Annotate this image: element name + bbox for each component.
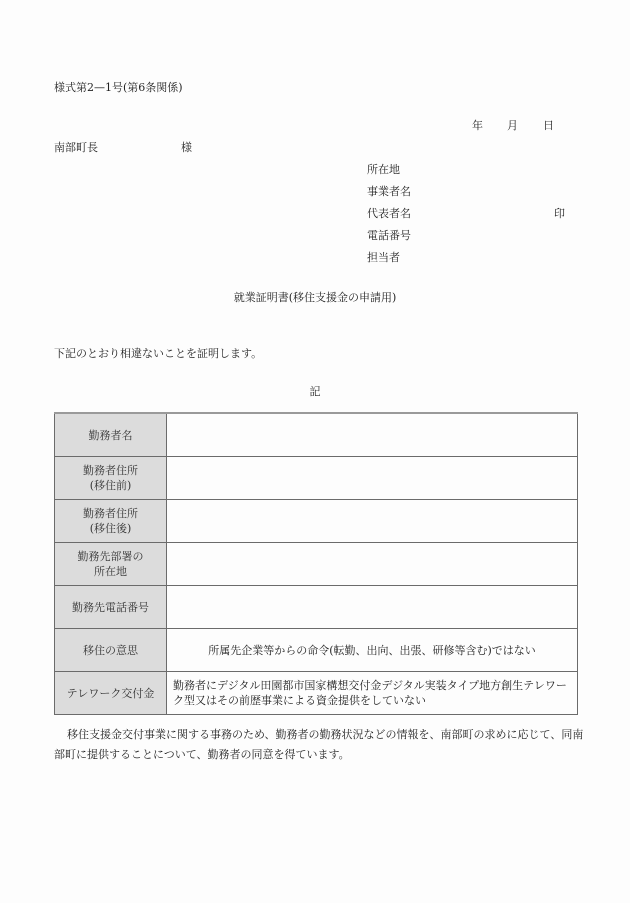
row-label-address-before: 勤務者住所(移住前) <box>55 457 167 500</box>
document-title: 就業証明書(移住支援金の申請用) <box>0 291 630 305</box>
table-row: 移住の意思 所属先企業等からの命令(転勤、出向、出張、研修等含む)ではない <box>55 629 578 672</box>
date-day: 日 <box>543 119 554 133</box>
table-row: 勤務者住所(移住前) <box>55 457 578 500</box>
row-label-workplace-location: 勤務先部署の所在地 <box>55 543 167 586</box>
date-line: 年月日 <box>472 119 554 133</box>
workplace-phone-field[interactable] <box>167 586 578 629</box>
field-address-label: 所在地 <box>367 163 400 177</box>
date-month: 月 <box>507 119 543 133</box>
workplace-location-field[interactable] <box>167 543 578 586</box>
table-row: 勤務者名 <box>55 413 578 457</box>
certification-text: 下記のとおり相違ないことを証明します。 <box>54 347 262 361</box>
date-year: 年 <box>472 119 507 133</box>
table-row: 勤務先部署の所在地 <box>55 543 578 586</box>
ki-heading: 記 <box>0 385 630 399</box>
address-before-field[interactable] <box>167 457 578 500</box>
table-row: 勤務先電話番号 <box>55 586 578 629</box>
table-row: テレワーク交付金 勤務者にデジタル田園都市国家構想交付金デジタル実装タイプ地方創… <box>55 672 578 715</box>
row-label-address-after: 勤務者住所(移住後) <box>55 500 167 543</box>
field-contact-label: 担当者 <box>367 251 400 265</box>
form-number: 様式第2—1号(第6条関係) <box>54 81 183 95</box>
honorific: 様 <box>181 141 192 155</box>
addressee: 南部町長 <box>54 141 98 155</box>
field-company-label: 事業者名 <box>367 185 411 199</box>
table-row: 勤務者住所(移住後) <box>55 500 578 543</box>
row-label-workplace-phone: 勤務先電話番号 <box>55 586 167 629</box>
field-representative-label: 代表者名 <box>367 207 411 221</box>
telework-grant-value: 勤務者にデジタル田園都市国家構想交付金デジタル実装タイプ地方創生テレワーク型又は… <box>167 672 578 715</box>
employee-name-field[interactable] <box>167 413 578 457</box>
employment-table: 勤務者名 勤務者住所(移住前) 勤務者住所(移住後) 勤務先部署の所在地 勤務先… <box>54 412 578 715</box>
row-label-employee-name: 勤務者名 <box>55 413 167 457</box>
row-label-relocation-intent: 移住の意思 <box>55 629 167 672</box>
address-after-field[interactable] <box>167 500 578 543</box>
field-phone-label: 電話番号 <box>367 229 411 243</box>
relocation-intent-value: 所属先企業等からの命令(転勤、出向、出張、研修等含む)ではない <box>167 629 578 672</box>
seal-mark: 印 <box>554 207 565 221</box>
consent-note: 移住支援金交付事業に関する事務のため、勤務者の勤務状況などの情報を、南部町の求め… <box>54 725 584 765</box>
row-label-telework-grant: テレワーク交付金 <box>55 672 167 715</box>
